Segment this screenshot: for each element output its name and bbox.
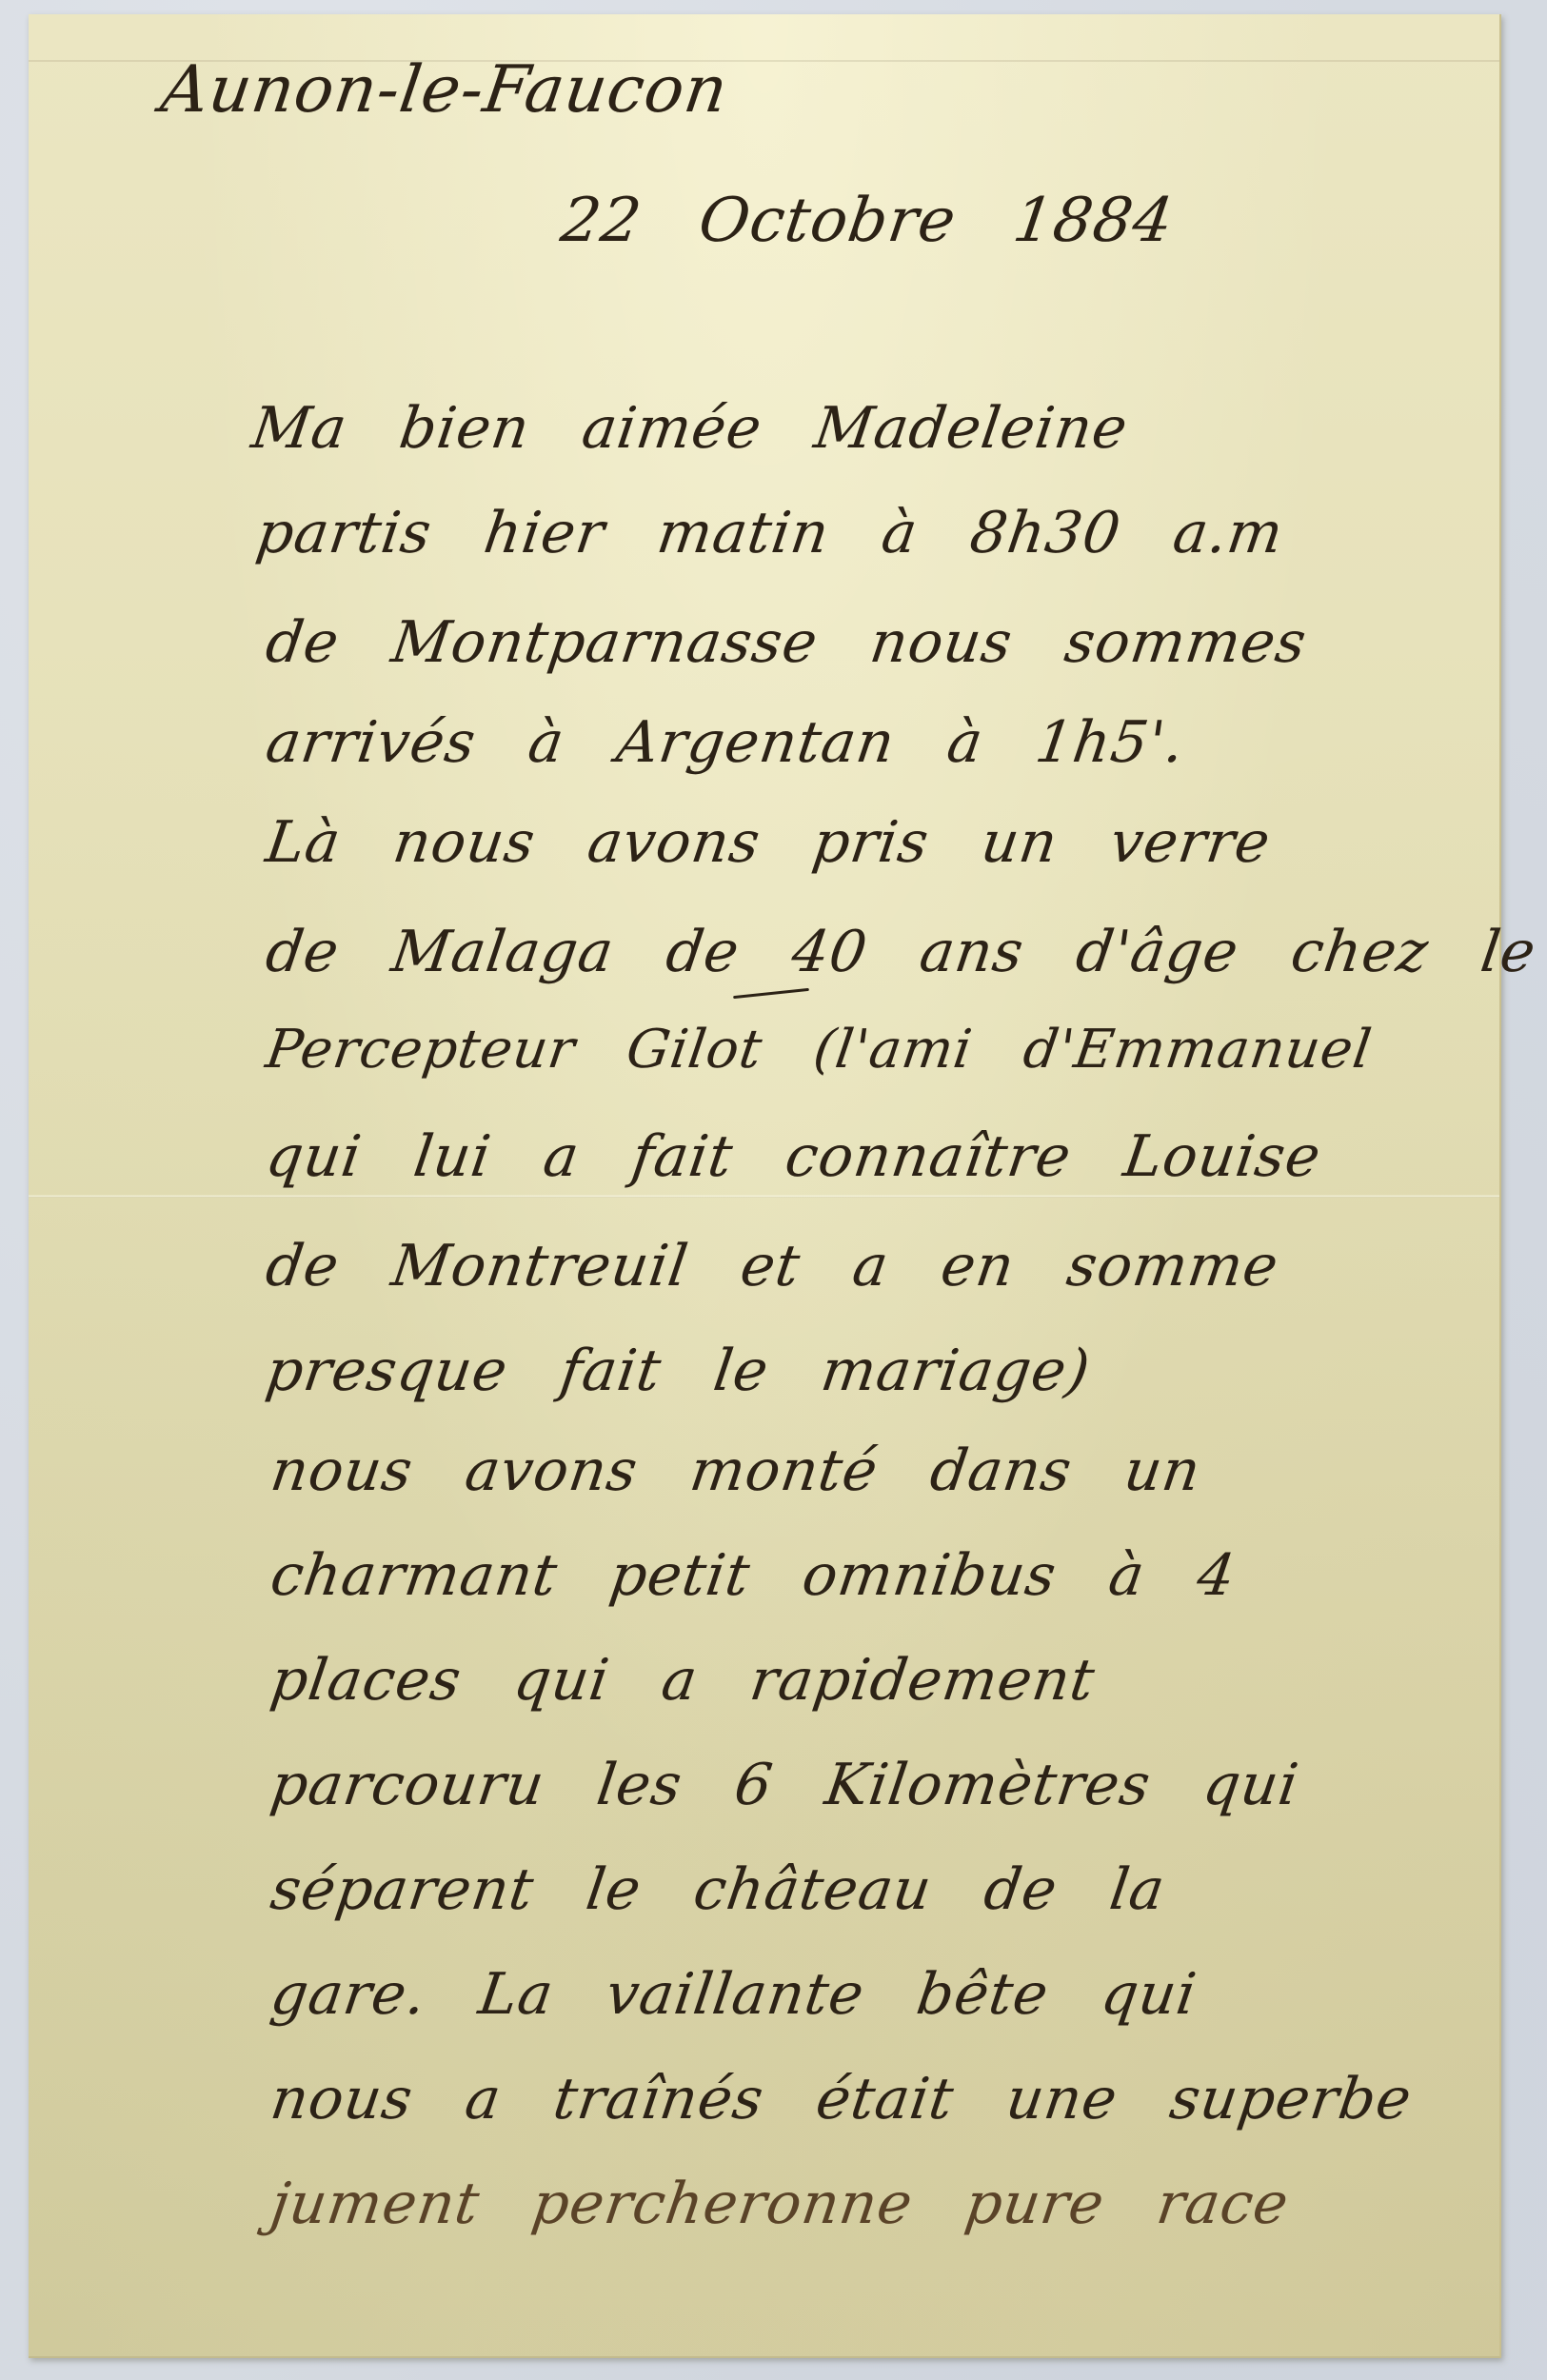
letter-line: parcouru les 6 Kilomètres qui [267,1752,1302,1818]
letter-date: 22 Octobre 1884 [557,186,1178,256]
paper-fold-crease [29,1195,1499,1198]
letter-line: nous a traînés était une superbe [267,2066,1416,2132]
letter-page: Aunon-le-Faucon 22 Octobre 1884 Ma bien … [29,14,1501,2358]
letter-line: de Malaga de 40 ans d'âge chez le [262,919,1540,985]
letter-place: Aunon-le-Faucon [156,52,732,128]
letter-line: places qui a rapidement [267,1647,1099,1714]
letter-line: Là nous avons pris un verre [262,809,1275,876]
letter-line: de Montparnasse nous sommes [262,609,1311,676]
letter-line: charmant petit omnibus à 4 [267,1542,1240,1609]
letter-line: arrivés à Argentan à 1h5'. [262,709,1189,776]
letter-line: jument percheronne pure race [267,2171,1293,2237]
letter-line: gare. La vaillante bête qui [267,1961,1200,2028]
letter-line: de Montreuil et a en somme [262,1233,1282,1299]
letter-line: séparent le château de la [267,1856,1169,1923]
letter-line: Percepteur Gilot (l'ami d'Emmanuel [262,1019,1376,1081]
letter-line: partis hier matin à 8h30 a.m [252,500,1287,566]
letter-line: Ma bien aimée Madeleine [248,395,1132,462]
letter-line: nous avons monté dans un [267,1438,1205,1504]
underline-stroke [733,988,809,999]
letter-line: presque fait le mariage) [262,1338,1095,1404]
letter-line: qui lui a fait connaître Louise [262,1123,1325,1190]
